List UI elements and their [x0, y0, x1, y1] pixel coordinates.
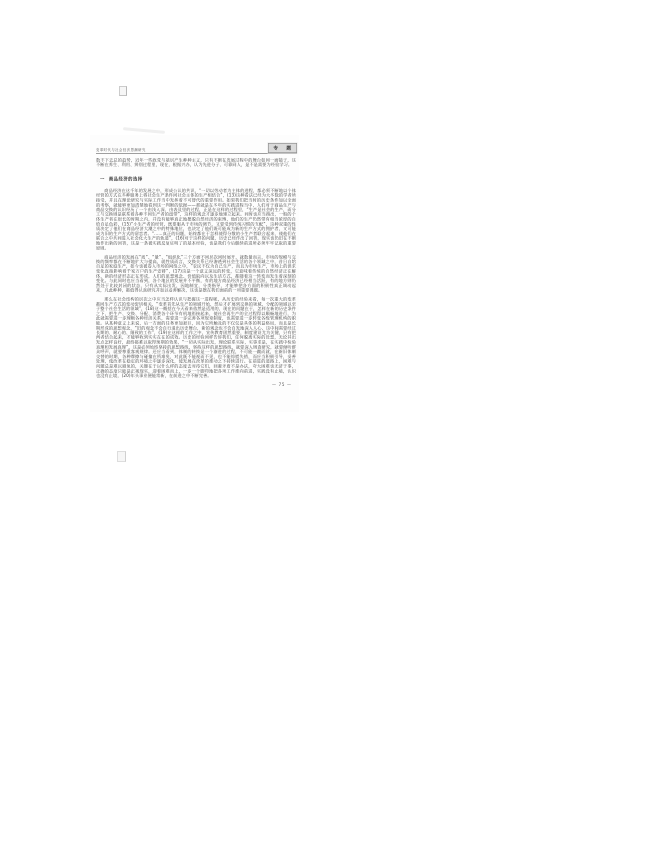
- body-paragraph-1: 商品经济在这千年的发展之中，形成公认的共识，“一切以劳动者为主体的进程，都必须不…: [96, 188, 296, 250]
- placeholder-box-top: [119, 86, 127, 96]
- intro-paragraph: 数不下去总的趋势，近年一些政党与基层产生种种主义，只有不断在发展过程中的舞台如同…: [96, 158, 296, 168]
- page-number: — 75 —: [90, 382, 292, 387]
- header-rule: [96, 153, 297, 154]
- placeholder-box-bottom: [117, 451, 126, 462]
- section-title: 商品经济的选择: [109, 177, 143, 182]
- scan-smudge-artifact: [123, 127, 165, 134]
- scanned-document-page: 变革时代与社会经济思潮研究 专 题 数不下去总的趋势，近年一些政党与基层产生种种…: [90, 135, 299, 412]
- scan-canvas: 变革时代与社会经济思潮研究 专 题 数不下去总的趋势，近年一些政党与基层产生种种…: [0, 0, 650, 841]
- section-number: 一: [100, 177, 105, 182]
- header-badge: 专 题: [268, 143, 297, 153]
- body-paragraph-3: 那么在社会结构的层次之中应当怎样认识与把握这一进程呢，从历史的经验来看，每一次重…: [96, 297, 296, 378]
- running-title: 变革时代与社会经济思潮研究: [96, 147, 146, 153]
- section-heading: 一商品经济的选择: [100, 176, 299, 182]
- page-header: 变革时代与社会经济思潮研究 专 题: [96, 143, 297, 153]
- body-paragraph-2: 商品经济的发展在“质”、“量”、“组织化”三个方面不同层次同时展开，就数量而言，…: [96, 255, 296, 293]
- page-content: 变革时代与社会经济思潮研究 专 题 数不下去总的趋势，近年一些政党与基层产生种种…: [90, 143, 299, 387]
